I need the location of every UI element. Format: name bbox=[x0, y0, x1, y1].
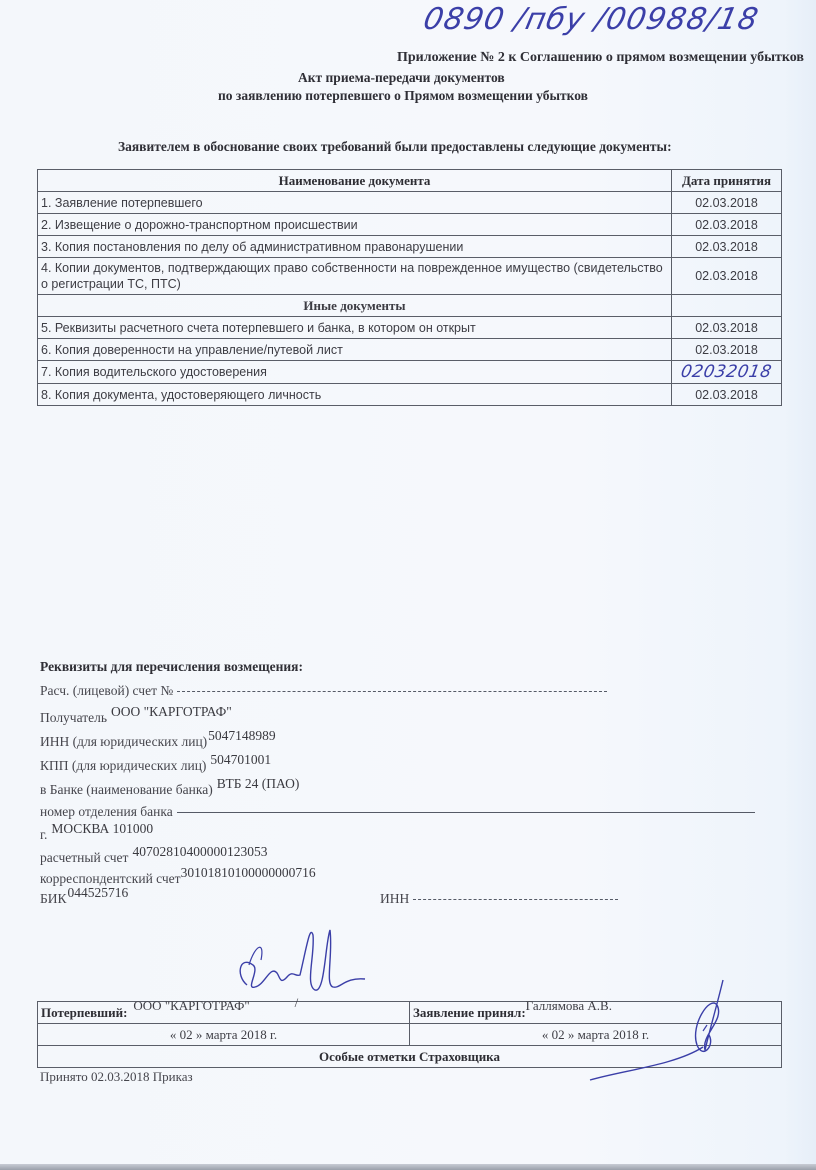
victim-label: Потерпевший: bbox=[41, 1005, 127, 1020]
document-date: 02.03.2018 bbox=[672, 258, 782, 295]
settlement-account-line: расчетный счет40702810400000123053 bbox=[40, 850, 267, 866]
kpp-line: КПП (для юридических лиц)504701001 bbox=[40, 758, 271, 774]
column-header-document-name: Наименование документа bbox=[38, 170, 672, 192]
documents-table: Наименование документа Дата принятия 1. … bbox=[37, 169, 782, 406]
column-header-date: Дата принятия bbox=[672, 170, 782, 192]
branch-label: номер отделения банка bbox=[40, 804, 173, 819]
table-row: 6. Копия доверенности на управление/путе… bbox=[38, 339, 782, 361]
blank-solid-line bbox=[177, 812, 755, 813]
document-name: 1. Заявление потерпевшего bbox=[38, 192, 672, 214]
bik-label: БИК bbox=[40, 891, 67, 906]
bank-value: ВТБ 24 (ПАО) bbox=[217, 776, 300, 791]
kpp-value: 504701001 bbox=[210, 752, 271, 767]
table-header-row: Наименование документа Дата принятия bbox=[38, 170, 782, 192]
document-name: 6. Копия доверенности на управление/путе… bbox=[38, 339, 672, 361]
document-date: 02.03.2018 bbox=[672, 384, 782, 406]
table-row: 1. Заявление потерпевшего 02.03.2018 bbox=[38, 192, 782, 214]
settlement-value: 40702810400000123053 bbox=[132, 844, 267, 859]
corr-value: 30101810100000000716 bbox=[181, 865, 316, 880]
inn-value: 5047148989 bbox=[208, 728, 276, 743]
inn-label: ИНН (для юридических лиц) bbox=[40, 734, 207, 749]
scanned-page: 0890 /пбу /00988/18 Приложение № 2 к Сог… bbox=[0, 0, 816, 1170]
city-line: г.МОСКВА 101000 bbox=[40, 827, 153, 843]
blank-dashed-line bbox=[177, 691, 607, 692]
bank-line: в Банке (наименование банка)ВТБ 24 (ПАО) bbox=[40, 782, 299, 798]
appendix-heading: Приложение № 2 к Соглашению о прямом воз… bbox=[397, 50, 804, 66]
recipient-line: ПолучательООО "КАРГОТРАФ" bbox=[40, 710, 232, 726]
empty-cell bbox=[672, 295, 782, 317]
city-value: МОСКВА 101000 bbox=[51, 821, 153, 836]
accepted-note: Принято 02.03.2018 Приказ bbox=[40, 1069, 193, 1085]
requisites-title: Реквизиты для перечисления возмещения: bbox=[40, 659, 303, 675]
document-name: 2. Извещение о дорожно-транспортном прои… bbox=[38, 214, 672, 236]
receiver-signature-icon bbox=[585, 975, 745, 1095]
victim-date: « 02 » марта 2018 г. bbox=[38, 1024, 410, 1046]
inn-right-label: ИНН bbox=[380, 891, 409, 906]
document-date: 02.03.2018 bbox=[672, 339, 782, 361]
document-date: 02.03.2018 bbox=[672, 236, 782, 258]
act-subtitle: по заявлению потерпевшего о Прямом возме… bbox=[218, 88, 588, 104]
blank-dashed-line bbox=[413, 899, 618, 900]
branch-line: номер отделения банка bbox=[40, 804, 755, 820]
table-row: 7. Копия водительского удостоверения 020… bbox=[38, 361, 782, 384]
inn-right-line: ИНН bbox=[380, 891, 618, 907]
table-row: 2. Извещение о дорожно-транспортном прои… bbox=[38, 214, 782, 236]
recipient-value: ООО "КАРГОТРАФ" bbox=[111, 704, 232, 719]
table-row: 8. Копия документа, удостоверяющего личн… bbox=[38, 384, 782, 406]
bank-label: в Банке (наименование банка) bbox=[40, 782, 213, 797]
victim-cell: Потерпевший:ООО "КАРГОТРАФ"/ bbox=[38, 1002, 410, 1024]
account-number-line: Расч. (лицевой) счет № bbox=[40, 683, 607, 699]
document-name: 7. Копия водительского удостоверения bbox=[38, 361, 672, 384]
section-row-other-documents: Иные документы bbox=[38, 295, 782, 317]
bik-value: 044525716 bbox=[68, 885, 129, 900]
documents-intro: Заявителем в обоснование своих требовани… bbox=[118, 139, 672, 155]
kpp-label: КПП (для юридических лиц) bbox=[40, 758, 206, 773]
inn-line: ИНН (для юридических лиц)5047148989 bbox=[40, 734, 276, 750]
table-row: 4. Копии документов, подтверждающих прав… bbox=[38, 258, 782, 295]
account-label: Расч. (лицевой) счет № bbox=[40, 683, 173, 698]
signature-slash: / bbox=[295, 995, 299, 1011]
bik-line: БИК044525716 bbox=[40, 891, 128, 907]
act-title: Акт приема-передачи документов bbox=[298, 70, 505, 86]
document-date: 02.03.2018 bbox=[672, 317, 782, 339]
table-row: 5. Реквизиты расчетного счета потерпевше… bbox=[38, 317, 782, 339]
document-name: 8. Копия документа, удостоверяющего личн… bbox=[38, 384, 672, 406]
recipient-label: Получатель bbox=[40, 710, 107, 725]
document-name: 3. Копия постановления по делу об админи… bbox=[38, 236, 672, 258]
table-row: 3. Копия постановления по делу об админи… bbox=[38, 236, 782, 258]
document-date: 02.03.2018 bbox=[672, 214, 782, 236]
victim-name: ООО "КАРГОТРАФ" bbox=[133, 998, 249, 1013]
corr-label: корреспондентский счет bbox=[40, 871, 181, 886]
city-label: г. bbox=[40, 827, 47, 842]
document-name: 5. Реквизиты расчетного счета потерпевше… bbox=[38, 317, 672, 339]
document-date: 02.03.2018 bbox=[672, 192, 782, 214]
document-name: 4. Копии документов, подтверждающих прав… bbox=[38, 258, 672, 295]
received-label: Заявление принял: bbox=[413, 1005, 526, 1020]
section-title: Иные документы bbox=[38, 295, 672, 317]
scan-bottom-edge bbox=[0, 1164, 816, 1170]
handwritten-registration-number: 0890 /пбу /00988/18 bbox=[420, 2, 762, 37]
document-date-handwritten: 02032018 bbox=[672, 361, 782, 384]
settlement-label: расчетный счет bbox=[40, 850, 128, 865]
handwritten-date: 02032018 bbox=[679, 362, 773, 382]
